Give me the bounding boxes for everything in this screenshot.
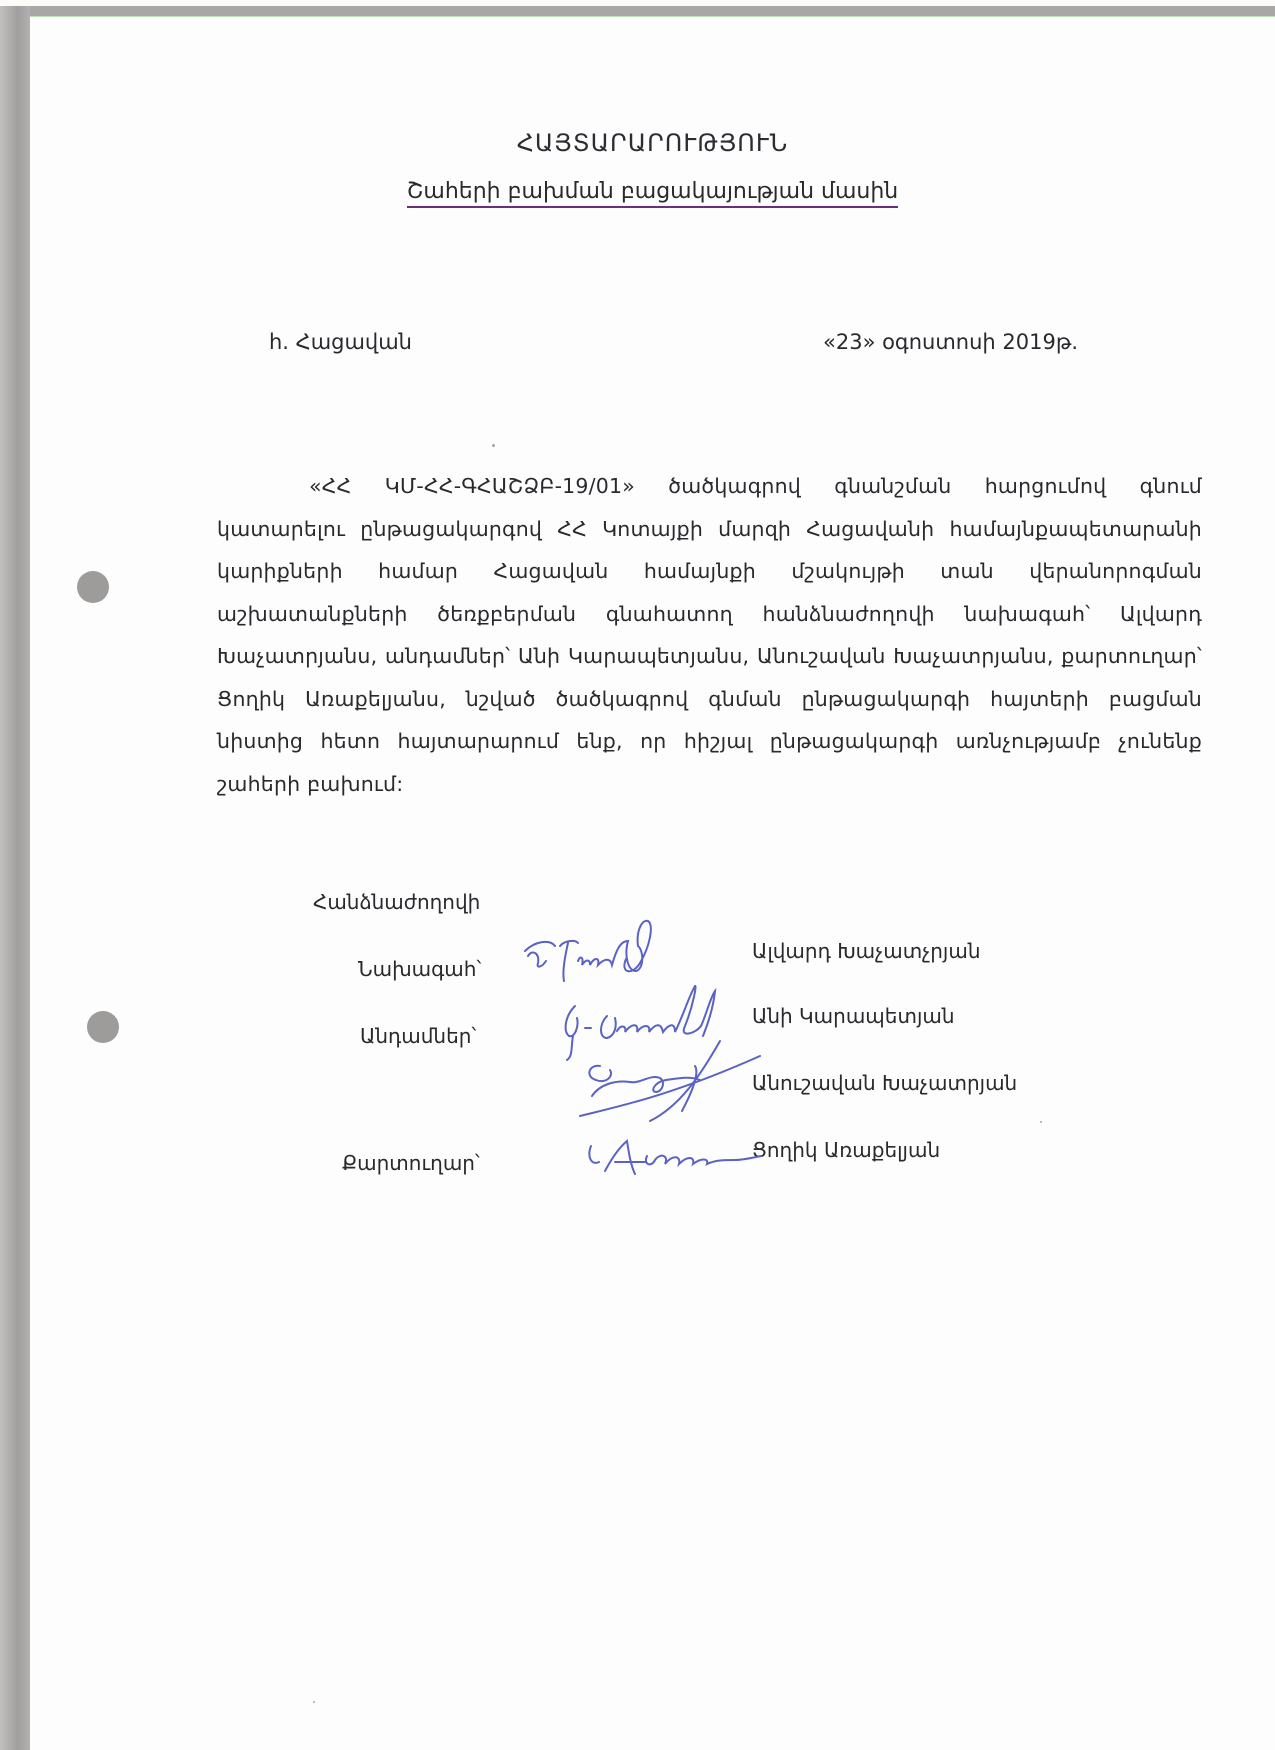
signer-name-member-1: Անի Կարապետյան bbox=[752, 1004, 955, 1028]
scan-speck bbox=[492, 444, 495, 447]
document-subtitle: Շահերի բախման բացակայության մասին bbox=[30, 179, 1275, 204]
document-page: ՀԱՅՏԱՐԱՐՈՒԹՅՈՒՆ Շահերի բախման բացակայութ… bbox=[30, 16, 1275, 1750]
document-title: ՀԱՅՏԱՐԱՐՈՒԹՅՈՒՆ bbox=[30, 129, 1275, 157]
punch-hole-icon bbox=[77, 571, 109, 603]
scan-speck bbox=[1040, 1121, 1042, 1123]
document-date: «23» օգոստոսի 2019թ. bbox=[823, 330, 1078, 354]
signature-member-2-icon bbox=[570, 1036, 790, 1136]
signer-name-member-2: Անուշավան Խաչատրյան bbox=[752, 1071, 1017, 1095]
document-subtitle-text: Շահերի բախման բացակայության մասին bbox=[407, 179, 898, 208]
members-label: Անդամներ՝ bbox=[360, 1024, 476, 1048]
committee-label: Հանձնաժողովի bbox=[313, 890, 480, 914]
chair-label: Նախագահ՝ bbox=[358, 957, 481, 981]
signature-secretary-icon bbox=[585, 1126, 785, 1186]
scan-speck bbox=[313, 1701, 315, 1703]
punch-hole-icon bbox=[87, 1011, 119, 1043]
document-place: հ. Հացավան bbox=[269, 330, 412, 354]
scan-border-left bbox=[0, 6, 30, 1750]
signer-name-chair: Ալվարդ Խաչատչրյան bbox=[752, 939, 981, 963]
secretary-label: Քարտուղար՝ bbox=[342, 1151, 480, 1175]
document-body: «ՀՀ ԿՄ-ՀՀ-ԳՀԱՇՁԲ-19/01» ծածկագրով գնանշմ… bbox=[217, 465, 1202, 805]
scan-border-top bbox=[0, 0, 1275, 6]
